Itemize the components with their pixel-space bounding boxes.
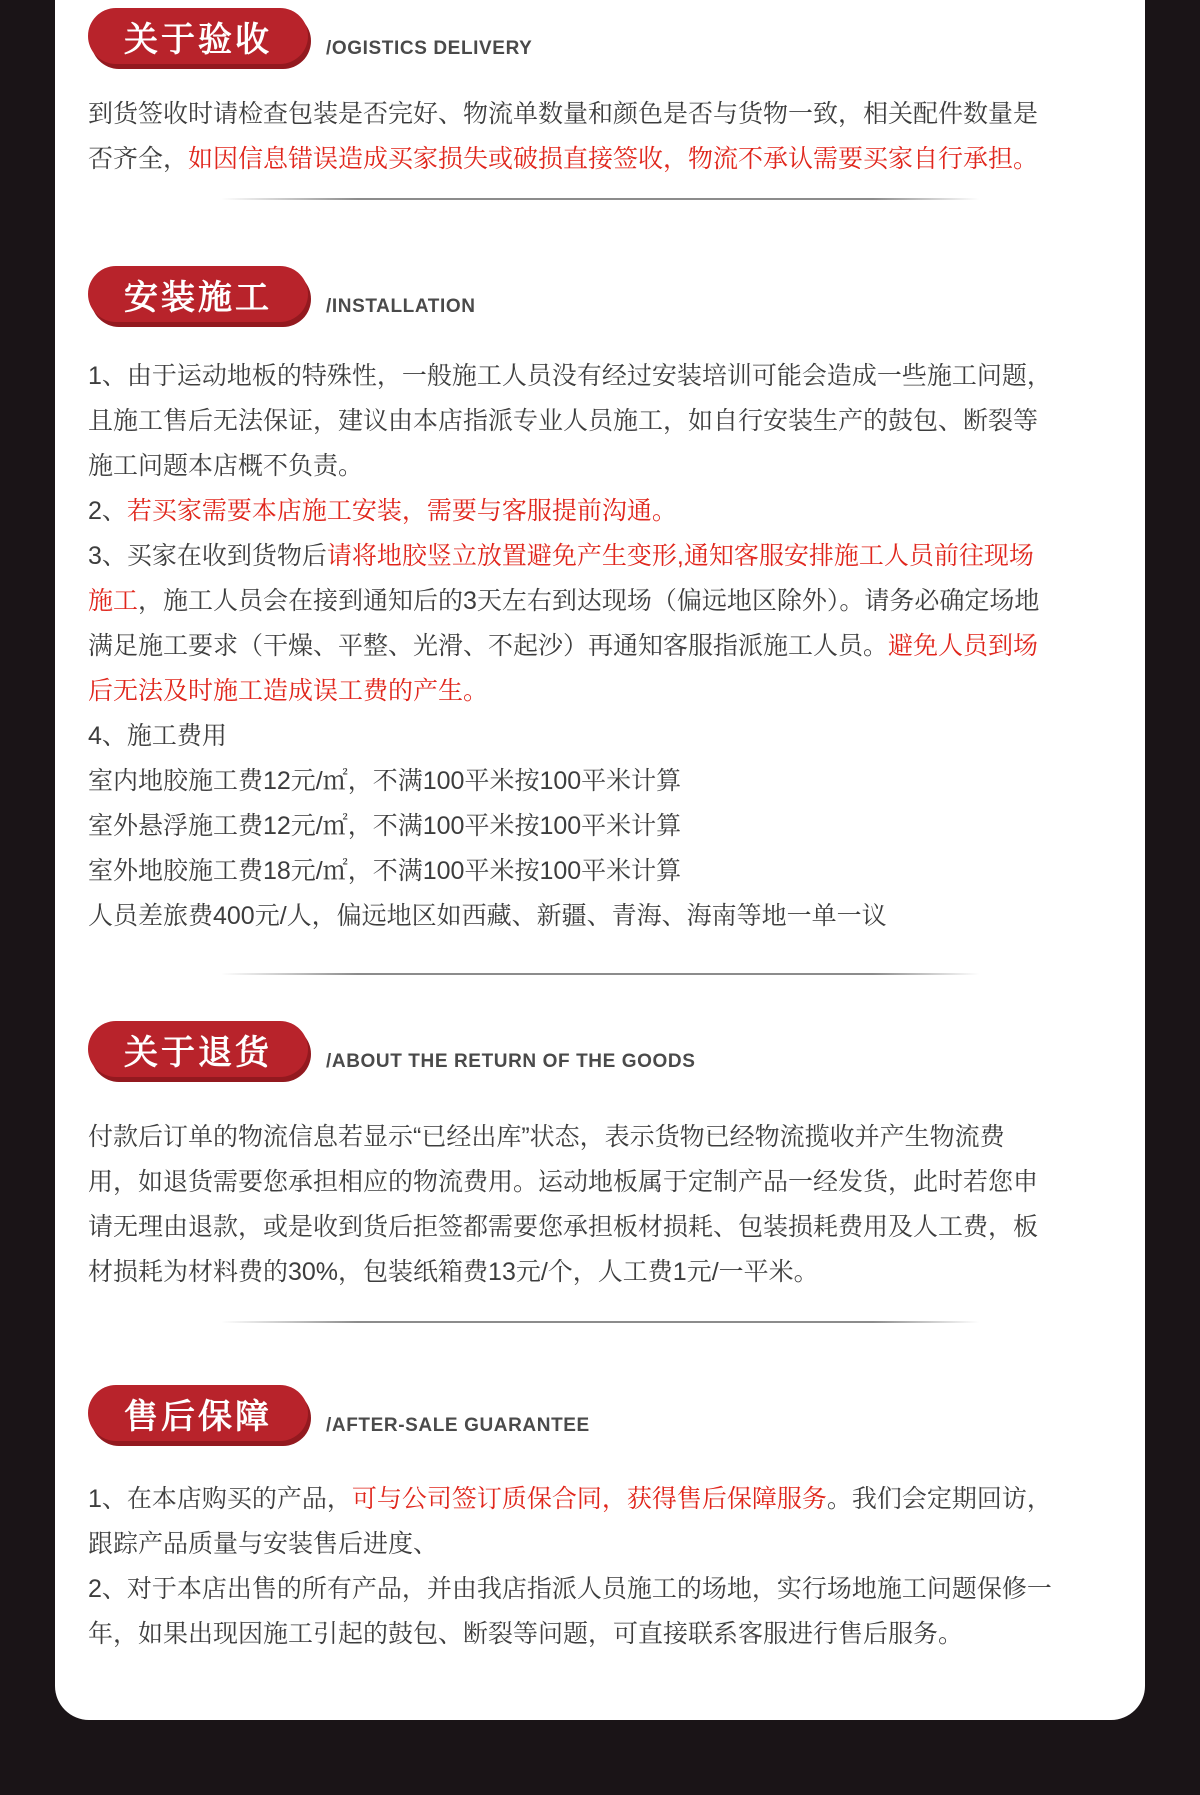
text-run: 用，如退货需要您承担相应的物流费用。运动地板属于定制产品一经发货，此时若您申 <box>88 1168 1038 1196</box>
section-header: 售后保障/AFTER-SALE GUARANTEE <box>88 1385 1112 1441</box>
section-badge-label: 关于退货 <box>124 1025 272 1074</box>
section-badge: 关于退货 <box>88 1021 308 1077</box>
text-line: 满足施工要求（干燥、平整、光滑、不起沙）再通知客服指派施工人员。避免人员到场 <box>88 624 1112 669</box>
text-run: 4、施工费用 <box>88 722 227 750</box>
section-divider <box>221 973 979 975</box>
text-run: 室内地胶施工费12元/㎡，不满100平米按100平米计算 <box>88 767 681 795</box>
text-line: 请无理由退款，或是收到货后拒签都需要您承担板材损耗、包装损耗费用及人工费，板 <box>88 1205 1112 1250</box>
text-line: 且施工售后无法保证，建议由本店指派专业人员施工，如自行安装生产的鼓包、断裂等 <box>88 399 1112 444</box>
text-run: 施工 <box>88 587 138 615</box>
section-body: 付款后订单的物流信息若显示“已经出库”状态，表示货物已经物流揽收并产生物流费用，… <box>88 1115 1112 1295</box>
text-run: 如因信息错误造成买家损失或破损直接签收，物流不承认需要买家自行承担。 <box>188 145 1038 173</box>
section-header: 安装施工/INSTALLATION <box>88 266 1112 322</box>
text-run: 室外悬浮施工费12元/㎡，不满100平米按100平米计算 <box>88 812 681 840</box>
section-badge-label: 关于验收 <box>124 12 272 61</box>
section-aftersale: 售后保障/AFTER-SALE GUARANTEE1、在本店购买的产品，可与公司… <box>88 1385 1112 1657</box>
section-badge-label: 售后保障 <box>124 1389 272 1438</box>
section-body: 到货签收时请检查包装是否完好、物流单数量和颜色是否与货物一致，相关配件数量是否齐… <box>88 92 1112 182</box>
text-line: 否齐全，如因信息错误造成买家损失或破损直接签收，物流不承认需要买家自行承担。 <box>88 137 1112 182</box>
text-run: 避免人员到场 <box>888 632 1038 660</box>
text-line: 后无法及时施工造成误工费的产生。 <box>88 669 1112 714</box>
text-run: 3、买家在收到货物后 <box>88 542 327 570</box>
text-line: 付款后订单的物流信息若显示“已经出库”状态，表示货物已经物流揽收并产生物流费 <box>88 1115 1112 1160</box>
section-badge: 安装施工 <box>88 266 308 322</box>
text-line: 年，如果出现因施工引起的鼓包、断裂等问题，可直接联系客服进行售后服务。 <box>88 1612 1112 1657</box>
text-line: 用，如退货需要您承担相应的物流费用。运动地板属于定制产品一经发货，此时若您申 <box>88 1160 1112 1205</box>
section-divider <box>221 1321 979 1323</box>
section-acceptance: 关于验收/OGISTICS DELIVERY到货签收时请检查包装是否完好、物流单… <box>88 8 1112 200</box>
text-line: 1、在本店购买的产品，可与公司签订质保合同，获得售后保障服务。我们会定期回访， <box>88 1477 1112 1522</box>
text-run: 材损耗为材料费的30%，包装纸箱费13元/个，人工费1元/一平米。 <box>88 1258 819 1286</box>
section-returns: 关于退货/ABOUT THE RETURN OF THE GOODS付款后订单的… <box>88 1021 1112 1323</box>
text-run: 人员差旅费400元/人，偏远地区如西藏、新疆、青海、海南等地一单一议 <box>88 902 887 930</box>
text-run: 1、在本店购买的产品， <box>88 1485 352 1513</box>
text-line: 2、若买家需要本店施工安装，需要与客服提前沟通。 <box>88 489 1112 534</box>
section-badge-label: 安装施工 <box>124 270 272 319</box>
text-line: 跟踪产品质量与安装售后进度、 <box>88 1522 1112 1567</box>
section-body: 1、在本店购买的产品，可与公司签订质保合同，获得售后保障服务。我们会定期回访，跟… <box>88 1477 1112 1657</box>
section-divider <box>221 198 979 200</box>
section-subtitle-en: /INSTALLATION <box>326 296 476 322</box>
text-line: 2、对于本店出售的所有产品，并由我店指派人员施工的场地，实行场地施工问题保修一 <box>88 1567 1112 1612</box>
content-card: 关于验收/OGISTICS DELIVERY到货签收时请检查包装是否完好、物流单… <box>55 0 1145 1720</box>
text-run: ，施工人员会在接到通知后的3天左右到达现场（偏远地区除外）。请务必确定场地 <box>138 587 1039 615</box>
text-line: 室内地胶施工费12元/㎡，不满100平米按100平米计算 <box>88 759 1112 804</box>
text-run: 2、 <box>88 497 127 525</box>
text-run: 施工问题本店概不负责。 <box>88 452 363 480</box>
section-header: 关于退货/ABOUT THE RETURN OF THE GOODS <box>88 1021 1112 1077</box>
section-badge: 关于验收 <box>88 8 308 64</box>
text-run: 年，如果出现因施工引起的鼓包、断裂等问题，可直接联系客服进行售后服务。 <box>88 1620 963 1648</box>
text-line: 1、由于运动地板的特殊性，一般施工人员没有经过安装培训可能会造成一些施工问题， <box>88 354 1112 399</box>
text-run: 1、由于运动地板的特殊性，一般施工人员没有经过安装培训可能会造成一些施工问题， <box>88 362 1052 390</box>
text-line: 材损耗为材料费的30%，包装纸箱费13元/个，人工费1元/一平米。 <box>88 1250 1112 1295</box>
text-run: 室外地胶施工费18元/㎡，不满100平米按100平米计算 <box>88 857 681 885</box>
text-line: 4、施工费用 <box>88 714 1112 759</box>
text-run: 后无法及时施工造成误工费的产生。 <box>88 677 488 705</box>
section-body: 1、由于运动地板的特殊性，一般施工人员没有经过安装培训可能会造成一些施工问题，且… <box>88 354 1112 939</box>
text-line: 人员差旅费400元/人，偏远地区如西藏、新疆、青海、海南等地一单一议 <box>88 894 1112 939</box>
text-run: 否齐全， <box>88 145 188 173</box>
text-run: 到货签收时请检查包装是否完好、物流单数量和颜色是否与货物一致，相关配件数量是 <box>88 100 1038 128</box>
section-subtitle-en: /OGISTICS DELIVERY <box>326 38 532 64</box>
text-line: 3、买家在收到货物后请将地胶竖立放置避免产生变形,通知客服安排施工人员前往现场 <box>88 534 1112 579</box>
section-badge: 售后保障 <box>88 1385 308 1441</box>
text-run: 且施工售后无法保证，建议由本店指派专业人员施工，如自行安装生产的鼓包、断裂等 <box>88 407 1038 435</box>
section-installation: 安装施工/INSTALLATION1、由于运动地板的特殊性，一般施工人员没有经过… <box>88 266 1112 975</box>
section-subtitle-en: /ABOUT THE RETURN OF THE GOODS <box>326 1051 696 1077</box>
text-run: 跟踪产品质量与安装售后进度、 <box>88 1530 438 1558</box>
text-run: 。我们会定期回访， <box>827 1485 1052 1513</box>
section-subtitle-en: /AFTER-SALE GUARANTEE <box>326 1415 590 1441</box>
text-run: 可与公司签订质保合同，获得售后保障服务 <box>352 1485 827 1513</box>
text-line: 到货签收时请检查包装是否完好、物流单数量和颜色是否与货物一致，相关配件数量是 <box>88 92 1112 137</box>
text-run: 请无理由退款，或是收到货后拒签都需要您承担板材损耗、包装损耗费用及人工费，板 <box>88 1213 1038 1241</box>
text-line: 施工，施工人员会在接到通知后的3天左右到达现场（偏远地区除外）。请务必确定场地 <box>88 579 1112 624</box>
text-run: 若买家需要本店施工安装，需要与客服提前沟通。 <box>127 497 677 525</box>
text-line: 室外悬浮施工费12元/㎡，不满100平米按100平米计算 <box>88 804 1112 849</box>
section-header: 关于验收/OGISTICS DELIVERY <box>88 8 1112 64</box>
text-run: 满足施工要求（干燥、平整、光滑、不起沙）再通知客服指派施工人员。 <box>88 632 888 660</box>
text-run: 请将地胶竖立放置避免产生变形,通知客服安排施工人员前往现场 <box>327 542 1034 570</box>
text-line: 施工问题本店概不负责。 <box>88 444 1112 489</box>
text-run: 付款后订单的物流信息若显示“已经出库”状态，表示货物已经物流揽收并产生物流费 <box>88 1123 1005 1151</box>
text-run: 2、对于本店出售的所有产品，并由我店指派人员施工的场地，实行场地施工问题保修一 <box>88 1575 1052 1603</box>
text-line: 室外地胶施工费18元/㎡，不满100平米按100平米计算 <box>88 849 1112 894</box>
sections: 关于验收/OGISTICS DELIVERY到货签收时请检查包装是否完好、物流单… <box>88 8 1112 1657</box>
